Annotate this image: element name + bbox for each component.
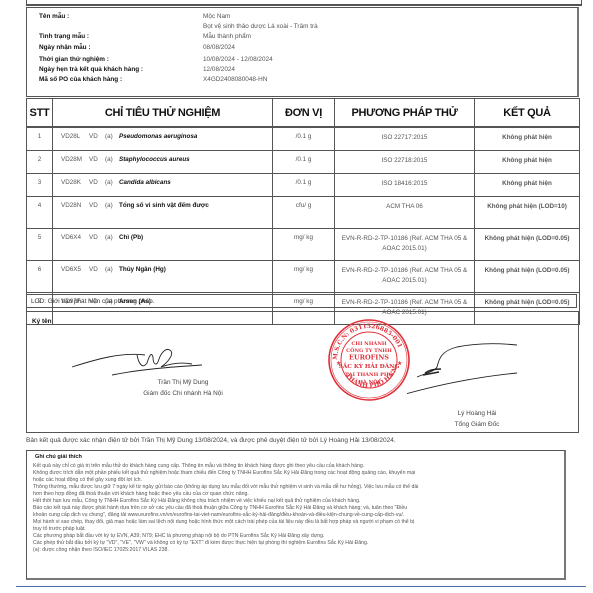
cell-method: EVN-R-RD-2-TP-10186 (Ref. ACM THA 05 & A…: [335, 261, 475, 293]
col-header-method: PHƯƠNG PHÁP THỬ: [335, 99, 475, 128]
note-line: Các phương pháp bắt đầu với ký tự EVN, A…: [33, 533, 563, 540]
lab-code: VD: [89, 234, 105, 241]
accreditation-mark: (a): [105, 202, 119, 209]
table-row: 2VD28MVD(a)Staphylococcus aureus/0.1 gIS…: [27, 151, 580, 174]
col-header-stt: STT: [27, 99, 53, 128]
lod-note: LOD: Giới hạn phát hiện của phương pháp.: [26, 294, 577, 308]
table-row: 3VD28KVD(a)Candida albicans/0.1 gISO 184…: [27, 174, 580, 197]
cell-result: Không phát hiện (LOD=0.05): [475, 229, 580, 261]
previous-section-border: [26, 0, 582, 6]
signature-left-icon: [67, 337, 217, 377]
note-line: Kết quả này chỉ có giá trị trên mẫu thử …: [33, 463, 563, 470]
note-line: Thông thường, mẫu được lưu giữ 7 ngày kể…: [33, 484, 563, 491]
note-line: Báo cáo kết quả này được phát hành dựa t…: [33, 505, 563, 512]
cell-stt: 3: [27, 174, 53, 197]
cell-criteria: VD28MVD(a)Staphylococcus aureus: [53, 151, 273, 174]
accreditation-mark: (a): [105, 133, 119, 140]
note-line: Các phép thử bắt đầu bởi ký tự "VD", "VE…: [33, 540, 563, 547]
col-header-unit: ĐƠN VỊ: [273, 99, 335, 128]
cell-criteria: VD28LVD(a)Pseudomonas aeruginosa: [53, 127, 273, 151]
info-label: Ngày hẹn trả kết quả khách hàng :: [39, 65, 209, 74]
svg-text:TẠI THÀNH PHỐ: TẠI THÀNH PHỐ: [345, 370, 394, 378]
cell-unit: mg/ kg: [273, 261, 335, 293]
svg-text:SẮC KÝ HẢI ĐĂNG: SẮC KÝ HẢI ĐĂNG: [339, 362, 400, 370]
note-line: (a): được công nhận theo ISO/IEC 17025:2…: [33, 547, 563, 554]
svg-text:HÀ NỘI: HÀ NỘI: [358, 377, 380, 385]
test-code: VD28M: [61, 156, 89, 163]
sample-info-box: Tên mẫu : Mộc Nam Bọt vệ sinh thảo dược …: [26, 7, 579, 97]
company-stamp-icon: M.S.C.N: 0311526885-001 THÀNH PHỐ HÀ NỘI…: [327, 318, 411, 402]
notes-title: Ghi chú giải thích: [35, 454, 82, 460]
info-value: Bọt vệ sinh thảo dược Lá xoài - Trâm trà: [203, 22, 503, 31]
table-row: 4VD28NVD(a)Tổng số vi sinh vật đếm đượcc…: [27, 197, 580, 229]
info-label: Ngày nhận mẫu :: [39, 43, 209, 52]
signer-left-name: Trần Thị Mỹ Dung: [113, 377, 253, 388]
table-row: 5VD6X4VD(a)Chì (Pb)mg/ kgEVN-R-RD-2-TP-1…: [27, 229, 580, 261]
info-value: Mộc Nam: [203, 12, 503, 21]
info-label: Tình trạng mẫu :: [39, 32, 209, 41]
table-row: 1VD28LVD(a)Pseudomonas aeruginosa/0.1 gI…: [27, 127, 580, 151]
test-code: VD28K: [61, 179, 89, 186]
test-code: VD28N: [61, 202, 89, 209]
signer-right-role: Tổng Giám Đốc: [427, 419, 527, 430]
note-line: hoặc các hoạt động có thể gây xung đột l…: [33, 477, 563, 484]
cell-stt: 4: [27, 197, 53, 229]
cell-method: ISO 18416:2015: [335, 174, 475, 197]
cell-criteria: VD28KVD(a)Candida albicans: [53, 174, 273, 197]
accreditation-mark: (a): [105, 266, 119, 273]
cell-method: EVN-R-RD-2-TP-10186 (Ref. ACM THA 05 & A…: [335, 229, 475, 261]
info-label: Thời gian thử nghiệm :: [39, 55, 209, 64]
results-table: STT CHỈ TIÊU THỬ NGHIỆM ĐƠN VỊ PHƯƠNG PH…: [26, 98, 580, 325]
signer-right-name: Lý Hoàng Hải: [427, 408, 527, 419]
info-label: Mã số PO của khách hàng :: [39, 75, 209, 84]
test-code: VD28L: [61, 133, 89, 140]
cell-criteria: VD6X4VD(a)Chì (Pb): [53, 229, 273, 261]
lab-code: VD: [89, 202, 105, 209]
criteria-name: Tổng số vi sinh vật đếm được: [119, 202, 209, 209]
cell-method: ISO 22717:2015: [335, 127, 475, 151]
info-label: Tên mẫu :: [39, 12, 209, 21]
info-value: 12/08/2024: [203, 65, 503, 74]
col-header-result: KẾT QUẢ: [475, 99, 580, 128]
cell-method: ACM THA 06: [335, 197, 475, 229]
note-line: Mọi hành vi sao chép, thay đổi, giả mạo …: [33, 519, 563, 526]
col-header-criteria: CHỈ TIÊU THỬ NGHIỆM: [53, 99, 273, 128]
signature-section: Ký tên Trần Thị Mỹ Dung Giám đốc Chi nhá…: [26, 311, 579, 433]
test-code: VD6X4: [61, 234, 89, 241]
test-code: VD6X5: [61, 266, 89, 273]
lab-code: VD: [89, 266, 105, 273]
svg-text:EUROFINS: EUROFINS: [349, 353, 389, 361]
notes-body: Kết quả này chỉ có giá trị trên mẫu thử …: [33, 463, 563, 554]
cell-result: Không phát hiện: [475, 127, 580, 151]
results-header-row: STT CHỈ TIÊU THỬ NGHIỆM ĐƠN VỊ PHƯƠNG PH…: [27, 99, 580, 128]
note-line: truy tố trước pháp luật.: [33, 526, 563, 533]
criteria-name: Chì (Pb): [119, 234, 143, 241]
accreditation-mark: (a): [105, 179, 119, 186]
lab-code: VD: [89, 156, 105, 163]
info-value: 08/08/2024: [203, 43, 503, 52]
lab-code: VD: [89, 179, 105, 186]
criteria-name: Thủy Ngân (Hg): [119, 266, 166, 273]
svg-text:CHI NHÁNH: CHI NHÁNH: [351, 340, 387, 347]
electronic-confirmation-text: Bản kết quả được xác nhận điện tử bởi Tr…: [26, 437, 396, 444]
cell-unit: /0.1 g: [273, 174, 335, 197]
info-value: Mẫu thành phẩm: [203, 32, 503, 41]
accreditation-mark: (a): [105, 234, 119, 241]
cell-method: ISO 22718:2015: [335, 151, 475, 174]
cell-unit: /0.1 g: [273, 127, 335, 151]
signature-title: Ký tên: [32, 318, 52, 325]
cell-stt: 6: [27, 261, 53, 293]
note-line: Hết thời hạn lưu mẫu, Công ty TNHH Eurof…: [33, 498, 563, 505]
cell-result: Không phát hiện: [475, 174, 580, 197]
notes-box: Ghi chú giải thích Kết quả này chỉ có gi…: [26, 450, 566, 580]
cell-unit: mg/ kg: [273, 229, 335, 261]
cell-unit: /0.1 g: [273, 151, 335, 174]
note-line: khoản cung cấp dịch vụ chung", đăng tải …: [33, 512, 563, 519]
criteria-name: Candida albicans: [119, 179, 171, 186]
cell-stt: 1: [27, 127, 53, 151]
lab-code: VD: [89, 133, 105, 140]
cell-criteria: VD6X5VD(a)Thủy Ngân (Hg): [53, 261, 273, 293]
cell-unit: cfu/ g: [273, 197, 335, 229]
signature-right-icon: [407, 337, 527, 397]
page-bottom-divider: [16, 586, 586, 587]
cell-result: Không phát hiện (LOD=10): [475, 197, 580, 229]
signer-left-role: Giám đốc Chi nhánh Hà Nội: [113, 388, 253, 399]
note-line: hơn theo hợp đồng đã thoả thuận với khác…: [33, 491, 563, 498]
cell-criteria: VD28NVD(a)Tổng số vi sinh vật đếm được: [53, 197, 273, 229]
criteria-name: Staphylococcus aureus: [119, 156, 190, 163]
signer-left: Trần Thị Mỹ Dung Giám đốc Chi nhánh Hà N…: [113, 377, 253, 399]
criteria-name: Pseudomonas aeruginosa: [119, 133, 197, 140]
table-row: 6VD6X5VD(a)Thủy Ngân (Hg)mg/ kgEVN-R-RD-…: [27, 261, 580, 293]
info-value: 10/08/2024 - 12/08/2024: [203, 55, 503, 64]
info-value: X4GD2408080048-HN: [203, 75, 503, 84]
cell-stt: 5: [27, 229, 53, 261]
signer-right: Lý Hoàng Hải Tổng Giám Đốc: [427, 408, 527, 430]
cell-result: Không phát hiện: [475, 151, 580, 174]
note-line: Không được trích dẫn một phần phiếu kết …: [33, 470, 563, 477]
cell-result: Không phát hiện (LOD=0.05): [475, 261, 580, 293]
cell-stt: 2: [27, 151, 53, 174]
accreditation-mark: (a): [105, 156, 119, 163]
